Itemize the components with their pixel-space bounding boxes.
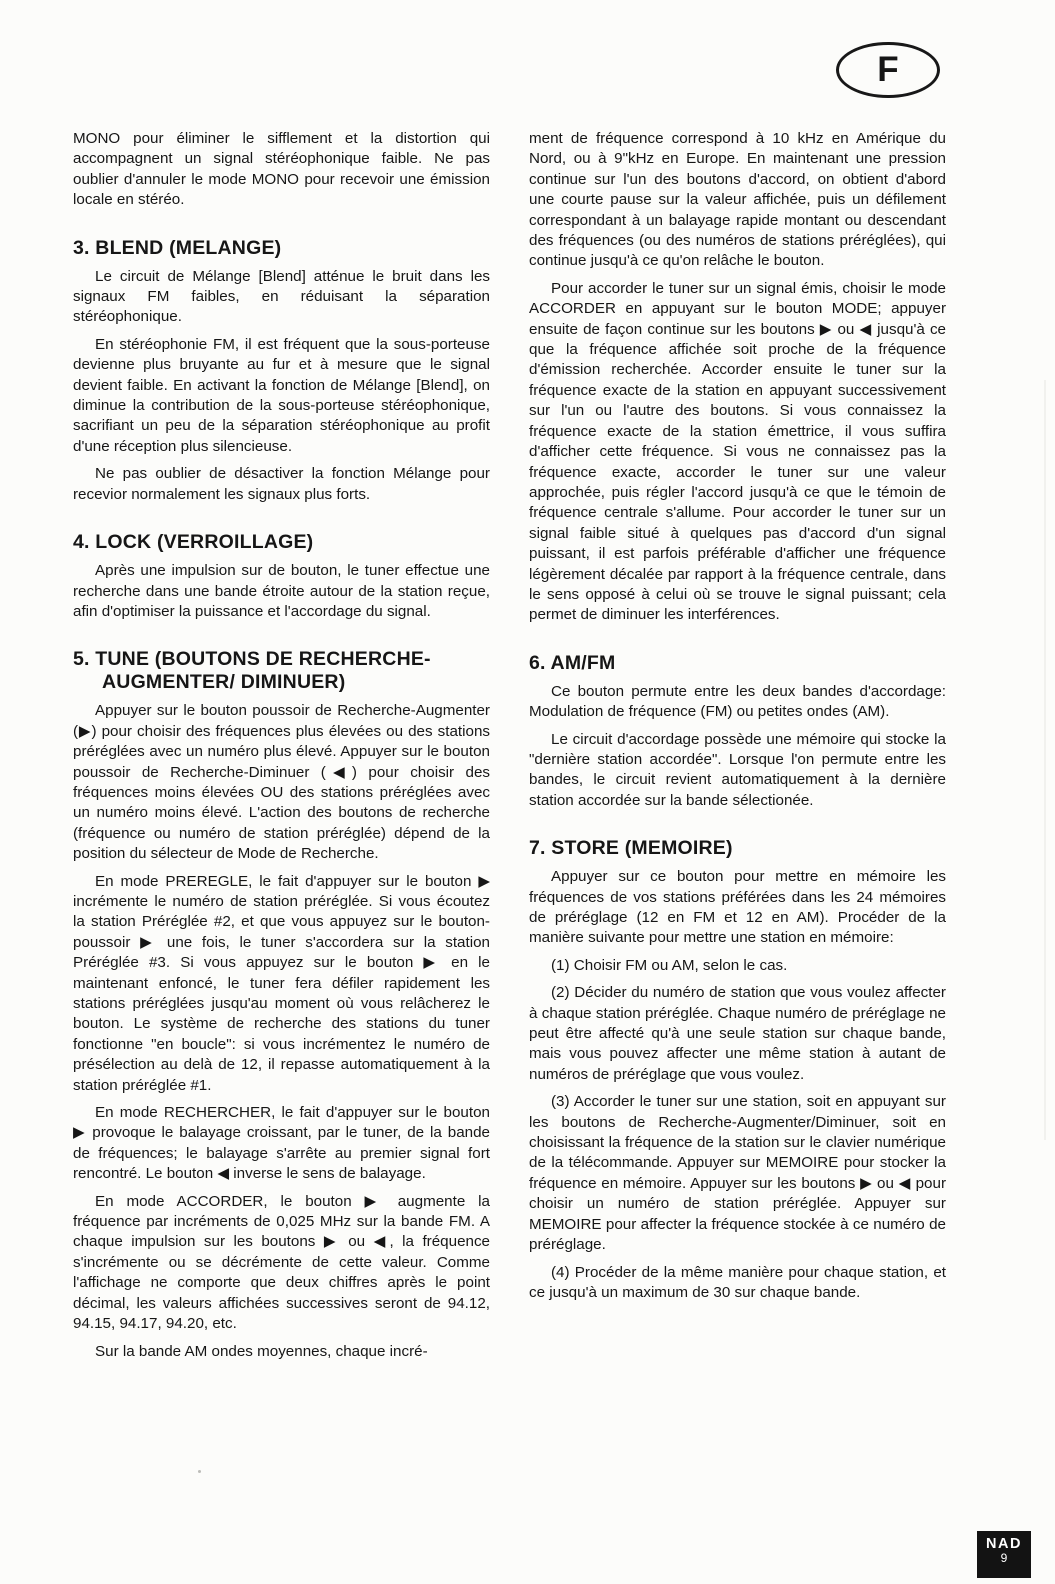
section-heading: 7. STORE (MEMOIRE) <box>529 837 946 860</box>
paragraph: Appuyer sur ce bouton pour mettre en mém… <box>529 867 946 949</box>
paragraph: (4) Procéder de la même manière pour cha… <box>529 1263 946 1304</box>
paragraph: ment de fréquence correspond à 10 kHz en… <box>529 129 946 272</box>
language-badge: F <box>836 42 940 98</box>
brand-label: NAD <box>986 1537 1022 1552</box>
paragraph: (1) Choisir FM ou AM, selon le cas. <box>529 956 946 976</box>
nad-logo-badge: NAD 9 <box>977 1531 1031 1578</box>
page-number: 9 <box>1001 1552 1008 1565</box>
language-badge-letter: F <box>877 52 898 87</box>
paragraph: Sur la bande AM ondes moyennes, chaque i… <box>73 1342 490 1362</box>
paragraph: Pour accorder le tuner sur un signal émi… <box>529 279 946 626</box>
paragraph: En mode ACCORDER, le bouton ▶ augmente l… <box>73 1192 490 1335</box>
manual-page: F MONO pour éliminer le sifflement et la… <box>0 0 1055 1584</box>
paragraph: Appuyer sur le bouton poussoir de Recher… <box>73 701 490 864</box>
paragraph: (2) Décider du numéro de station que vou… <box>529 983 946 1085</box>
paragraph: (3) Accorder le tuner sur une station, s… <box>529 1092 946 1255</box>
paragraph: En stéréophonie FM, il est fréquent que … <box>73 335 490 457</box>
section-heading: 6. AM/FM <box>529 652 946 675</box>
paragraph: En mode PREREGLE, le fait d'appuyer sur … <box>73 872 490 1096</box>
paragraph: Ne pas oublier de désactiver la fonction… <box>73 464 490 505</box>
paragraph: Le circuit de Mélange [Blend] atténue le… <box>73 267 490 328</box>
paragraph: MONO pour éliminer le sifflement et la d… <box>73 129 490 211</box>
scan-artifact-dot <box>198 1470 201 1473</box>
paragraph: Le circuit d'accordage possède une mémoi… <box>529 730 946 812</box>
section-heading: 5. TUNE (BOUTONS DE RECHERCHE- AUGMENTER… <box>73 648 490 694</box>
left-column: MONO pour éliminer le sifflement et la d… <box>73 129 490 1369</box>
paragraph: Ce bouton permute entre les deux bandes … <box>529 682 946 723</box>
right-column: ment de fréquence correspond à 10 kHz en… <box>529 129 946 1310</box>
paragraph: En mode RECHERCHER, le fait d'appuyer su… <box>73 1103 490 1185</box>
paragraph: Après une impulsion sur de bouton, le tu… <box>73 561 490 622</box>
section-heading: 3. BLEND (MELANGE) <box>73 237 490 260</box>
section-heading: 4. LOCK (VERROILLAGE) <box>73 531 490 554</box>
scan-artifact-streak <box>1044 380 1046 1140</box>
